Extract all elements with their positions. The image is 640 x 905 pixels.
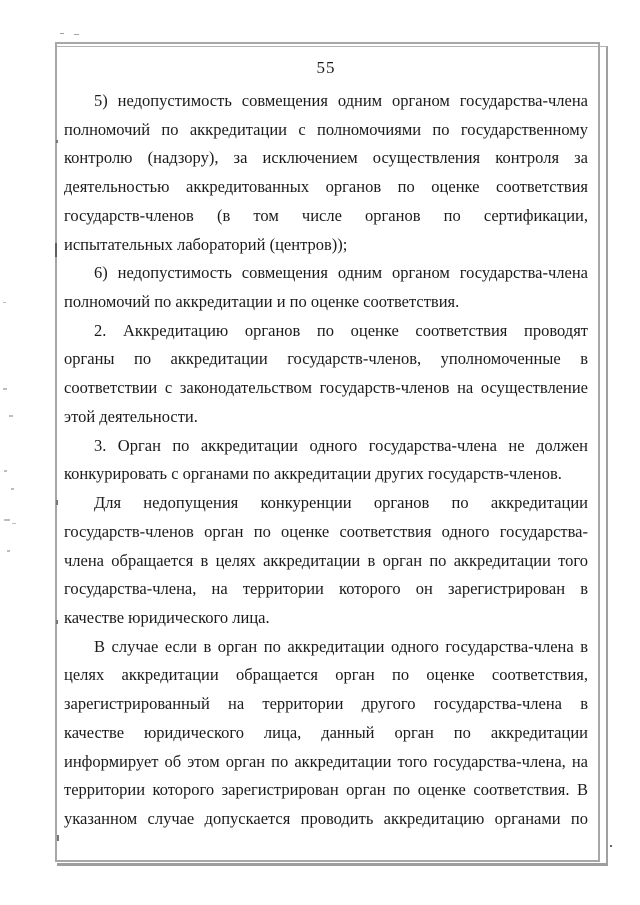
text-line: полномочий по аккредитации с полномочиям…	[64, 116, 588, 145]
text-line: качестве юридического лица.	[64, 604, 588, 633]
text-line: качестве юридического лица, данный орган…	[64, 719, 588, 748]
scan-artifact	[3, 302, 6, 303]
text-line: государств-членов (в том числе органов п…	[64, 202, 588, 231]
scan-artifact	[11, 488, 14, 490]
paragraph-item-5: 5) недопустимость совмещения одним орган…	[64, 87, 588, 259]
text-line: государства-члена, на территории которог…	[64, 575, 588, 604]
text-line: соответствии с законодательством государ…	[64, 374, 588, 403]
page-number: 55	[64, 58, 588, 78]
text-line: В случае если в орган по аккредитации од…	[64, 633, 588, 662]
scan-artifact	[12, 523, 16, 524]
scan-speck	[56, 620, 58, 624]
scan-artifact	[4, 519, 10, 521]
text-line: 2. Аккредитацию органов по оценке соотве…	[64, 317, 588, 346]
text-line: государств-членов орган по оценке соотве…	[64, 518, 588, 547]
scan-speck	[610, 845, 612, 847]
text-line: целях аккредитации обращается орган по о…	[64, 661, 588, 690]
text-line: деятельностью аккредитованных органов по…	[64, 173, 588, 202]
document-text: 5) недопустимость совмещения одним орган…	[64, 87, 588, 834]
scan-artifact	[4, 470, 7, 472]
scan-speck	[56, 500, 58, 505]
text-line: 3. Орган по аккредитации одного государс…	[64, 432, 588, 461]
scan-speck	[60, 33, 64, 34]
text-line: испытательных лабораторий (центров));	[64, 231, 588, 260]
scanned-page: 55 5) недопустимость совмещения одним ор…	[0, 0, 640, 905]
scan-speck	[55, 243, 57, 257]
text-line: указанном случае допускается проводить а…	[64, 805, 588, 834]
paragraph-item-6: 6) недопустимость совмещения одним орган…	[64, 259, 588, 316]
scan-artifact	[9, 415, 13, 417]
scan-speck	[57, 835, 59, 841]
scan-speck	[74, 34, 79, 35]
paragraph-clause-3-para-3: В случае если в орган по аккредитации од…	[64, 633, 588, 834]
scan-speck	[56, 140, 58, 143]
text-line: полномочий по аккредитации и по оценке с…	[64, 288, 588, 317]
paragraph-clause-3: 3. Орган по аккредитации одного государс…	[64, 432, 588, 489]
text-line: этой деятельности.	[64, 403, 588, 432]
text-line: органы по аккредитации государств-членов…	[64, 345, 588, 374]
paragraph-clause-3-para-2: Для недопущения конкуренции органов по а…	[64, 489, 588, 633]
text-line: 5) недопустимость совмещения одним орган…	[64, 87, 588, 116]
scan-artifact	[7, 550, 10, 552]
text-line: конкурировать с органами по аккредитации…	[64, 460, 588, 489]
text-line: информирует об этом орган по аккредитаци…	[64, 748, 588, 777]
text-line: 6) недопустимость совмещения одним орган…	[64, 259, 588, 288]
text-line: контролю (надзору), за исключением осуще…	[64, 144, 588, 173]
text-line: зарегистрированный на территории другого…	[64, 690, 588, 719]
text-line: Для недопущения конкуренции органов по а…	[64, 489, 588, 518]
scan-artifact	[3, 388, 7, 390]
text-line: члена обращается в целях аккредитации в …	[64, 547, 588, 576]
text-line: территории которого зарегистрирован орга…	[64, 776, 588, 805]
paragraph-clause-2: 2. Аккредитацию органов по оценке соотве…	[64, 317, 588, 432]
